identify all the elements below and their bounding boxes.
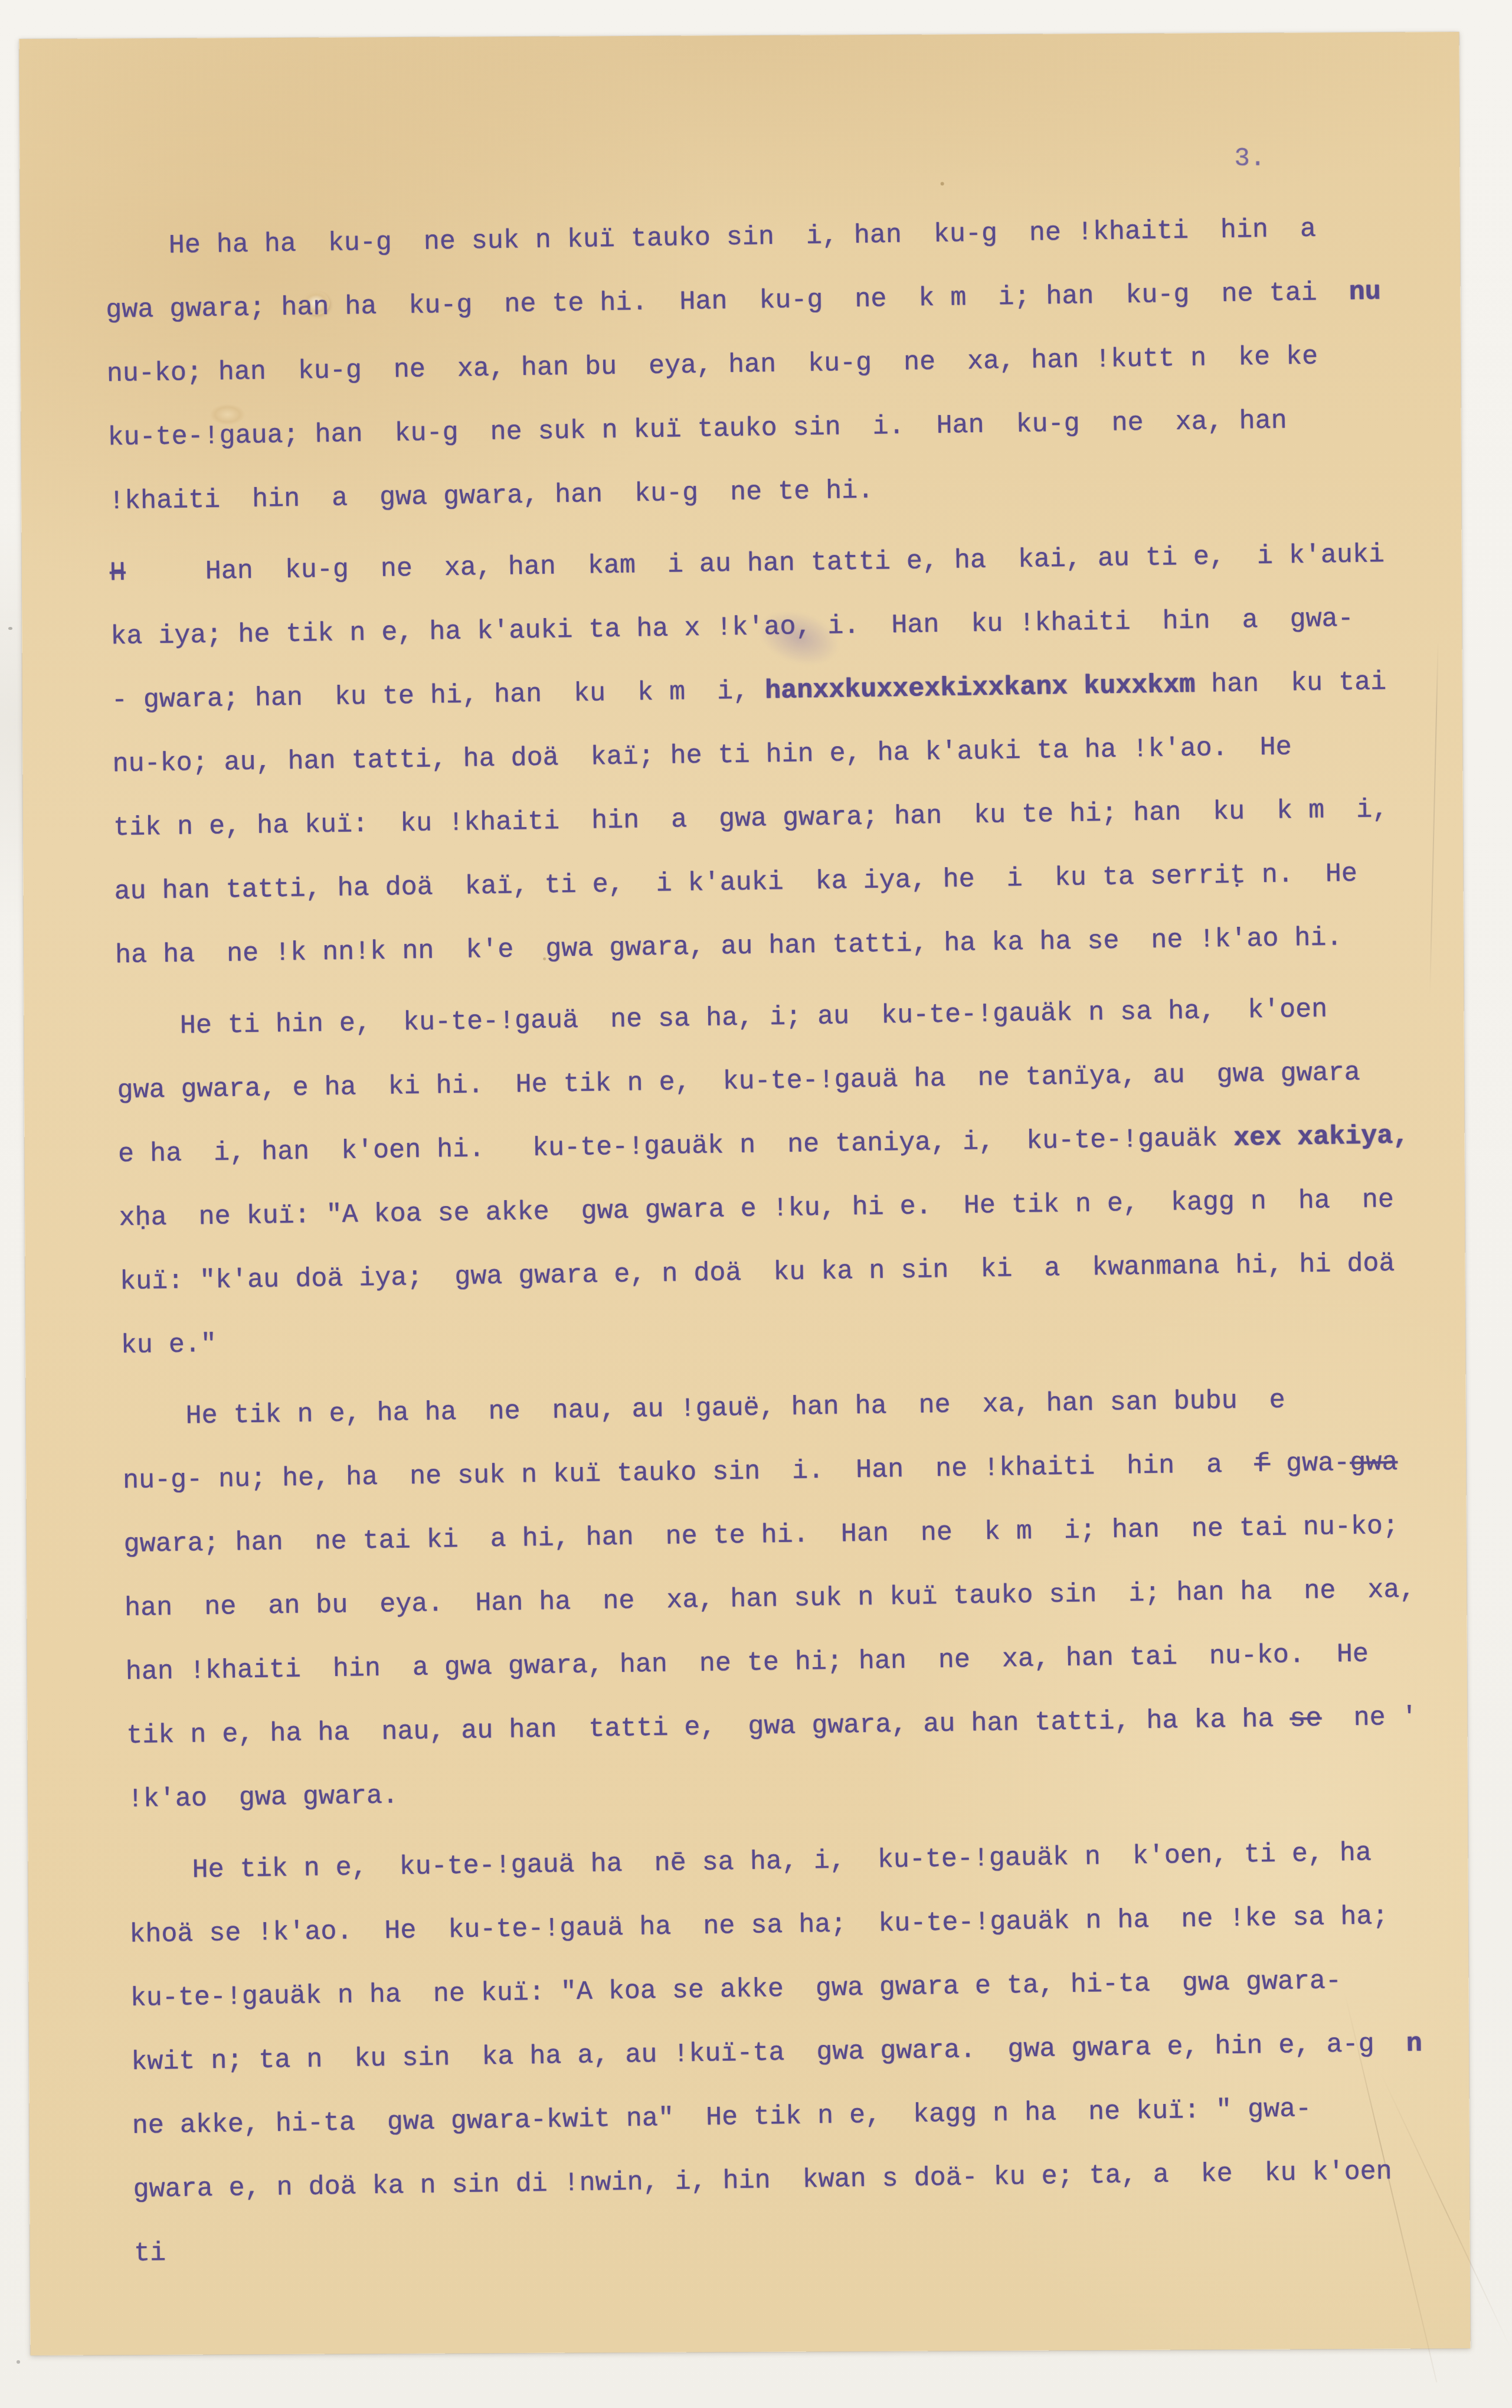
page-number: 3. [1234, 144, 1265, 174]
text-segment: - gwara; han ku te hi, han ku k m i, [112, 676, 765, 715]
text-segment: tik n e, ha ha nau, au han tatti e, gwa … [126, 1704, 1290, 1751]
scan-speck [8, 627, 12, 630]
text-segment: ka iya; he tik n e, ha k'auki ta ha x !k… [110, 604, 1354, 652]
text-segment: e ha i, han k'oen hi. ku-te-!gauäk n ne … [118, 1123, 1234, 1169]
text-segment: kuï: "k'au doä iya; gwa gwara e, n doä k… [120, 1249, 1395, 1297]
typescript-page: 3. He ha ha ku-g ne suk n kuï tauko sin … [19, 32, 1470, 2355]
text-segment: han ne an bu eya. Han ha ne xa, han suk … [125, 1574, 1416, 1623]
text-segment: ku-te-!gaua; han ku-g ne suk n kuï tauko… [107, 406, 1287, 453]
text-segment: kwit n; ta n ku sin ka ha a, au !kuï-ta … [131, 2029, 1406, 2077]
struck-text: f [1254, 1449, 1271, 1479]
text-segment: He ti hin e, ku-te-!gauä ne sa ha, i; au… [116, 994, 1328, 1042]
struck-text: H [109, 558, 126, 588]
text-segment: gwara; han ne tai ki a hi, han ne te hi.… [123, 1511, 1399, 1560]
text-segment: He tik n e, ku-te-!gauä ha nē sa ha, i, … [128, 1838, 1372, 1886]
text-segment: gwara e, n doä ka n sin di !nwin, i, hin… [133, 2157, 1392, 2205]
text-segment: khoä se !k'ao. He ku-te-!gauä ha ne sa h… [129, 1901, 1389, 1950]
text-segment: gwa gwara; han ha ku-g ne te hi. Han ku-… [106, 277, 1349, 326]
text-segment: ha ha ne !k nn!k nn k'e gwa gwara, au ha… [115, 923, 1343, 971]
scan-speck [17, 2360, 20, 2364]
text-segment: ne akke, hi-ta gwa gwara-kwit na" He tik… [132, 2094, 1312, 2141]
document-scan: 3. He ha ha ku-g ne suk n kuï tauko sin … [0, 0, 1512, 2408]
text-segment: nu-g- nu; he, ha ne suk n kuï tauko sin … [123, 1449, 1255, 1496]
text-segment: ku-te-!gauäk n ha ne kuï: "A koa se akke… [130, 1966, 1341, 2014]
text-segment: He ha ha ku-g ne suk n kuï tauko sin i, … [104, 214, 1316, 262]
text-segment: Han ku-g ne xa, han kam i au han tatti e… [125, 540, 1385, 588]
text-segment: ne ' [1321, 1702, 1418, 1733]
text-segment: !k'ao gwa gwara. [127, 1780, 399, 1815]
text-segment: au han tatti, ha doä kaï, ti e, i k'auki… [114, 859, 1357, 907]
text-block: He ha ha ku-g ne suk n kuï tauko sin i, … [104, 188, 1504, 2286]
text-segment: ku e." [120, 1329, 217, 1361]
overtyped-text: n [1406, 2028, 1422, 2059]
struck-text: se [1290, 1704, 1322, 1734]
text-segment: nu-ko; au, han tatti, ha doä kaï; he ti … [112, 732, 1292, 779]
text-segment: He tik n e, ha ha ne nau, au !gauë, han … [122, 1386, 1285, 1433]
overtyped-text: nu [1349, 277, 1381, 308]
text-segment: gwa gwara, e ha ki hi. He tik n e, ku-te… [117, 1058, 1360, 1106]
text-segment: !khaiti hin a gwa gwara, han ku-g ne te … [109, 475, 874, 517]
struck-text: gwa [1350, 1448, 1398, 1478]
text-segment: han ku tai [1195, 667, 1387, 700]
paper-speck [941, 182, 944, 185]
text-segment: tik n e, ha kuï: ku !khaiti hin a gwa gw… [113, 795, 1389, 843]
text-segment: han !khaiti hin a gwa gwara, han ne te h… [125, 1639, 1369, 1688]
overtyped-text: hanxxkuxxexkixxkanx kuxxkxm [765, 670, 1196, 707]
text-segment: gwa- [1270, 1448, 1350, 1479]
overtyped-text: xex xakiya, [1233, 1120, 1409, 1153]
text-segment: nu-ko; han ku-g ne xa, han bu eya, han k… [107, 342, 1318, 390]
text-segment: ti [134, 2238, 166, 2269]
text-segment: xḥa ne kuï: "A koa se akke gwa gwara e !… [119, 1185, 1394, 1233]
